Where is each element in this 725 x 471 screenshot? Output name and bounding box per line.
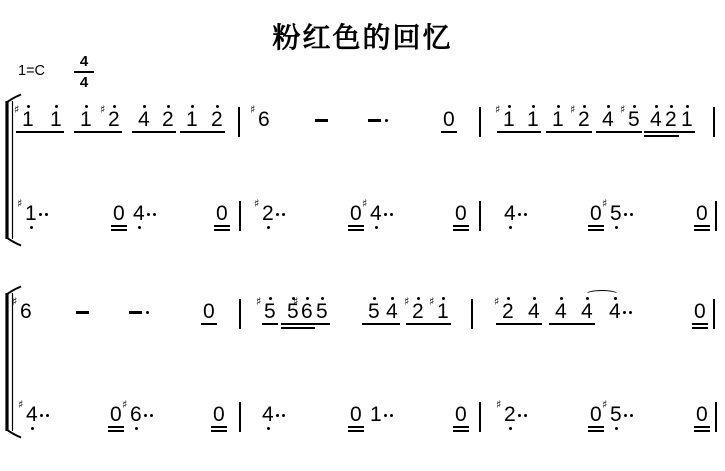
barline [479, 201, 481, 231]
underline [692, 323, 708, 325]
note-digit: 0 [590, 407, 602, 423]
duration-dot [524, 213, 527, 216]
note-digit: 1 [552, 112, 564, 128]
note-digit: 0 [694, 304, 706, 320]
note-digit: 5 [628, 112, 640, 128]
octave-dot-high [532, 105, 535, 108]
octave-dot-high [655, 105, 658, 108]
note-digit: 5 [264, 304, 276, 320]
beam-underline [16, 131, 64, 133]
duration-dot [390, 213, 393, 216]
octave-dot-high [560, 297, 563, 300]
underline [441, 131, 457, 133]
barline [479, 107, 481, 137]
beam-underline [497, 131, 541, 133]
note-digit: 0 [113, 206, 125, 222]
sharp-accidental: ♯ [17, 198, 22, 209]
duration-dot [146, 311, 149, 314]
note-digit: 0 [216, 206, 228, 222]
octave-dot-high [686, 105, 689, 108]
barline [239, 402, 241, 432]
duration-dot [150, 414, 153, 417]
note-digit: 1 [527, 112, 539, 128]
octave-dot-low [135, 427, 138, 430]
underline [694, 430, 710, 432]
octave-dot-high [557, 105, 560, 108]
note-digit: 4 [504, 206, 516, 222]
octave-dot-high [373, 297, 376, 300]
octave-dot-high [607, 105, 610, 108]
note-digit: 0 [696, 407, 708, 423]
note-digit: 0 [350, 407, 362, 423]
octave-dot-high [614, 297, 617, 300]
sharp-accidental: ♯ [404, 296, 409, 307]
barline [713, 107, 715, 137]
underline [108, 426, 124, 428]
underline [201, 323, 217, 325]
octave-dot-low [615, 226, 618, 229]
beam-underline [74, 131, 122, 133]
note-digit: 2 [262, 206, 274, 222]
note-digit: 2 [578, 112, 590, 128]
duration-dot [624, 213, 627, 216]
underline [111, 229, 127, 231]
note-digit: 1 [186, 112, 198, 128]
time-signature-divider [74, 71, 94, 73]
duration-dot [630, 414, 633, 417]
octave-dot-high [321, 297, 324, 300]
underline [588, 229, 604, 231]
octave-dot-high [583, 105, 586, 108]
octave-dot-high [533, 297, 536, 300]
staff-bass-2: 4♯06♯040102♯05♯0 [0, 407, 725, 437]
barline [238, 107, 240, 137]
barline [239, 201, 241, 231]
duration-dot [282, 414, 285, 417]
note-digit: 4 [609, 304, 621, 320]
beam-underline [596, 131, 642, 133]
note-digit: 4 [555, 304, 567, 320]
note-digit: 1 [681, 112, 693, 128]
time-signature-numerator: 4 [80, 53, 88, 70]
underline [348, 430, 364, 432]
note-digit: 4 [370, 206, 382, 222]
note-digit: 1 [503, 112, 515, 128]
note-digit: 4 [26, 407, 38, 423]
underline [348, 225, 364, 227]
barline [715, 402, 717, 432]
underline [348, 426, 364, 428]
underline [453, 426, 469, 428]
barline [471, 299, 473, 329]
note-digit: 0 [213, 407, 225, 423]
underline [588, 225, 604, 227]
octave-dot-high [55, 105, 58, 108]
underline [262, 323, 278, 325]
underline [453, 229, 469, 231]
duration-dot [153, 213, 156, 216]
octave-dot-high [269, 297, 272, 300]
sharp-accidental: ♯ [494, 296, 499, 307]
octave-dot-high [417, 297, 420, 300]
octave-dot-low [30, 226, 33, 229]
music-sheet: 粉红色的回忆 1=C 4 4 1♯112♯42126♯01♯112♯45♯421… [0, 0, 725, 471]
note-digit: 1 [80, 112, 92, 128]
sharp-accidental: ♯ [18, 399, 23, 410]
beam-underline [180, 131, 225, 133]
note-digit: 0 [455, 206, 467, 222]
staff-melody-1: 1♯112♯42126♯01♯112♯45♯421 [0, 112, 725, 142]
note-digit: 4 [133, 206, 145, 222]
octave-dot-high [216, 105, 219, 108]
note-digit: 2 [665, 112, 677, 128]
duration-dot [384, 414, 387, 417]
underline [214, 229, 230, 231]
barline [479, 402, 481, 432]
duration-dot [147, 213, 150, 216]
note-digit: 6 [20, 304, 32, 320]
beam-underline-2 [644, 135, 679, 137]
underline [694, 426, 710, 428]
duration-dot [385, 119, 388, 122]
note-digit: 0 [203, 304, 215, 320]
octave-dot-high [167, 105, 170, 108]
note-digit: 2 [502, 304, 514, 320]
octave-dot-high [27, 105, 30, 108]
dash-extension [129, 311, 142, 314]
note-digit: 6 [301, 304, 313, 320]
underline [108, 430, 124, 432]
duration-dot [40, 414, 43, 417]
note-digit: 5 [368, 304, 380, 320]
sharp-accidental: ♯ [570, 104, 575, 115]
note-digit: 5 [316, 304, 328, 320]
octave-dot-low [375, 226, 378, 229]
time-signature-denominator: 4 [80, 74, 88, 91]
note-digit: 0 [455, 407, 467, 423]
duration-dot [384, 213, 387, 216]
duration-dot [390, 414, 393, 417]
note-digit: 1 [370, 407, 382, 423]
note-digit: 0 [110, 407, 122, 423]
staff-bass-1: 1♯0402♯04♯0405♯0 [0, 206, 725, 236]
sharp-accidental: ♯ [122, 399, 127, 410]
beam-underline [546, 131, 592, 133]
underline [111, 225, 127, 227]
beam-underline [644, 131, 695, 133]
note-digit: 2 [504, 407, 516, 423]
note-digit: 2 [108, 112, 120, 128]
note-digit: 1 [25, 206, 37, 222]
duration-dot [282, 213, 285, 216]
duration-dot [524, 414, 527, 417]
note-digit: 0 [443, 112, 455, 128]
underline [211, 426, 227, 428]
song-title: 粉红色的回忆 [0, 16, 725, 56]
sharp-accidental: ♯ [254, 198, 259, 209]
octave-dot-high [306, 297, 309, 300]
beam-underline [496, 323, 542, 325]
underline [348, 229, 364, 231]
octave-dot-high [113, 105, 116, 108]
note-digit: 4 [581, 304, 593, 320]
duration-dot [623, 311, 626, 314]
note-digit: 4 [650, 112, 662, 128]
barline [713, 299, 715, 329]
beam-underline [362, 323, 400, 325]
note-digit: 5 [610, 407, 622, 423]
beam-underline [281, 323, 330, 325]
sharp-accidental: ♯ [256, 296, 261, 307]
octave-dot-low [267, 226, 270, 229]
beam-underline [549, 323, 595, 325]
sharp-accidental: ♯ [602, 198, 607, 209]
note-digit: 4 [528, 304, 540, 320]
underline [694, 229, 710, 231]
note-digit: 6 [258, 112, 270, 128]
note-digit: 6 [130, 407, 142, 423]
duration-dot [276, 414, 279, 417]
duration-dot [629, 311, 632, 314]
time-signature: 4 4 [72, 53, 96, 91]
beam-underline-2 [281, 327, 315, 329]
duration-dot [45, 213, 48, 216]
underline [694, 225, 710, 227]
dash-extension [368, 119, 381, 122]
octave-dot-low [267, 427, 270, 430]
underline [453, 430, 469, 432]
note-digit: 4 [386, 304, 398, 320]
octave-dot-low [509, 226, 512, 229]
underline [588, 426, 604, 428]
sharp-accidental: ♯ [602, 399, 607, 410]
duration-dot [46, 414, 49, 417]
note-digit: 1 [22, 112, 34, 128]
sharp-accidental: ♯ [496, 399, 501, 410]
dash-extension [76, 311, 89, 314]
beam-underline [132, 131, 176, 133]
note-digit: 1 [50, 112, 62, 128]
note-digit: 4 [262, 407, 274, 423]
note-digit: 0 [696, 206, 708, 222]
underline [214, 225, 230, 227]
duration-dot [144, 414, 147, 417]
note-digit: 4 [602, 112, 614, 128]
note-digit: 0 [590, 206, 602, 222]
note-digit: 5 [610, 206, 622, 222]
octave-dot-low [138, 226, 141, 229]
octave-dot-high [391, 297, 394, 300]
octave-dot-high [633, 105, 636, 108]
duration-dot [39, 213, 42, 216]
sharp-accidental: ♯ [250, 104, 255, 115]
octave-dot-high [508, 105, 511, 108]
note-digit: 2 [412, 304, 424, 320]
octave-dot-high [670, 105, 673, 108]
octave-dot-high [507, 297, 510, 300]
beam-underline [406, 323, 451, 325]
underline [588, 430, 604, 432]
duration-dot [518, 213, 521, 216]
barline [715, 201, 717, 231]
staff-melody-2: 6♯05♯56♯5542♯1♯2♯44440 [0, 304, 725, 334]
octave-dot-low [615, 427, 618, 430]
note-digit: 2 [211, 112, 223, 128]
note-digit: 4 [138, 112, 150, 128]
octave-dot-high [191, 105, 194, 108]
sharp-accidental: ♯ [495, 104, 500, 115]
octave-dot-high [442, 297, 445, 300]
octave-dot-low [509, 427, 512, 430]
octave-dot-high [143, 105, 146, 108]
sharp-accidental: ♯ [362, 198, 367, 209]
duration-dot [518, 414, 521, 417]
sharp-accidental: ♯ [429, 296, 434, 307]
underline [692, 327, 708, 329]
duration-dot [276, 213, 279, 216]
sharp-accidental: ♯ [14, 104, 19, 115]
duration-dot [624, 414, 627, 417]
note-digit: 2 [162, 112, 174, 128]
octave-dot-low [31, 427, 34, 430]
key-signature: 1=C [18, 63, 45, 79]
sharp-accidental: ♯ [100, 104, 105, 115]
note-digit: 0 [350, 206, 362, 222]
underline [211, 430, 227, 432]
note-digit: 1 [437, 304, 449, 320]
sharp-accidental: ♯ [620, 104, 625, 115]
sharp-accidental: ♯ [293, 296, 298, 307]
octave-dot-high [85, 105, 88, 108]
dash-extension [315, 119, 328, 122]
duration-dot [630, 213, 633, 216]
barline [239, 299, 241, 329]
sharp-accidental: ♯ [12, 296, 17, 307]
underline [453, 225, 469, 227]
